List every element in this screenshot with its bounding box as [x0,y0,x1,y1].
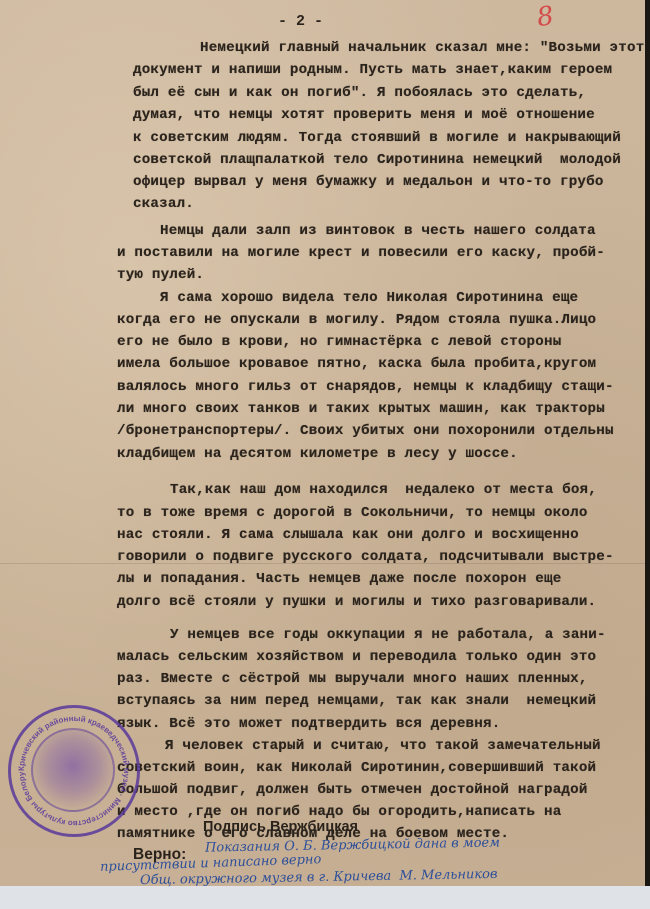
text-line: тую пулей. [117,267,204,283]
text-line: когда его не опускали в могилу. Рядом ст… [117,312,596,328]
stamp-ring-text: Кричевский районный краеведческий музей … [11,708,137,834]
text-line: и поставили на могиле крест и повесили е… [117,245,605,261]
text-line: нас стояли. Я сама слышала как они долго… [117,527,579,543]
text-line: Немцы дали залп из винтовок в честь наше… [160,223,596,239]
text-line: Немецкий главный начальник сказал мне: "… [200,40,644,56]
text-line: Я человек старый и считаю, что такой зам… [165,738,601,754]
text-line: вступаясь за ним перед немцами, так как … [117,693,596,709]
page-number: - 2 - [278,13,323,30]
text-line: и место ,где он погиб надо бы огородить,… [117,804,561,820]
text-line: малась сельским хозяйством и переводила … [117,649,596,665]
text-line: Так,как наш дом находился недалеко от ме… [170,482,597,498]
text-line: У немцев все годы оккупации я не работал… [170,627,606,643]
text-line: лы и попадания. Часть немцев даже после … [117,571,561,587]
text-line: говорили о подвиге русского солдата, под… [117,549,614,565]
text-line: большой подвиг, должен быть отмечен дост… [117,782,588,798]
text-line: язык. Всё это может подтвердить вся дере… [117,716,500,732]
document-page: - 2 - 8 Немецкий главный начальник сказа… [0,0,645,886]
svg-text:Кричевский районный краеведчес: Кричевский районный краеведческий музей … [11,708,131,828]
text-line: /бронетранспортеры/. Своих убитых они по… [117,423,614,439]
text-line: сказал. [133,196,194,212]
official-stamp: Кричевский районный краеведческий музей … [8,705,140,837]
text-line: долго всё стояли у пушки и могилы и тихо… [117,594,596,610]
text-line: Я сама хорошо видела тело Николая Сироти… [160,290,578,306]
text-line: документ и напиши родным. Пусть мать зна… [133,62,612,78]
signature-line: Подпись Вержбицкая [203,819,358,835]
text-line: раз. Вместе с сёстрой мы выручали много … [117,671,588,687]
text-line: ли много своих танков и таких крытых маш… [117,401,605,417]
text-line: к советским людям. Тогда стоявший в моги… [133,130,621,146]
text-line: кладбищем на десятом километре в лесу у … [117,446,518,462]
text-line: его не было в крови, но гимнастёрка с ле… [117,334,561,350]
text-line: думая, что немцы хотят проверить меня и … [133,107,595,123]
text-line: имела большое кровавое пятно, каска была… [117,356,596,372]
scan-edge [645,0,650,886]
text-line: то в тоже время с дорогой в Сокольничи, … [117,505,588,521]
text-line: советский воин, как Николай Сиротинин,со… [117,760,596,776]
text-line: валялось много гильз от снарядов, немцы … [117,379,614,395]
text-line: офицер вырвал у меня бумажку и медальон … [133,174,604,190]
text-line: советской плащпалаткой тело Сиротинина н… [133,152,621,168]
text-line: был её сын и как он погиб". Я побоялась … [133,85,586,101]
red-page-mark: 8 [535,1,556,33]
